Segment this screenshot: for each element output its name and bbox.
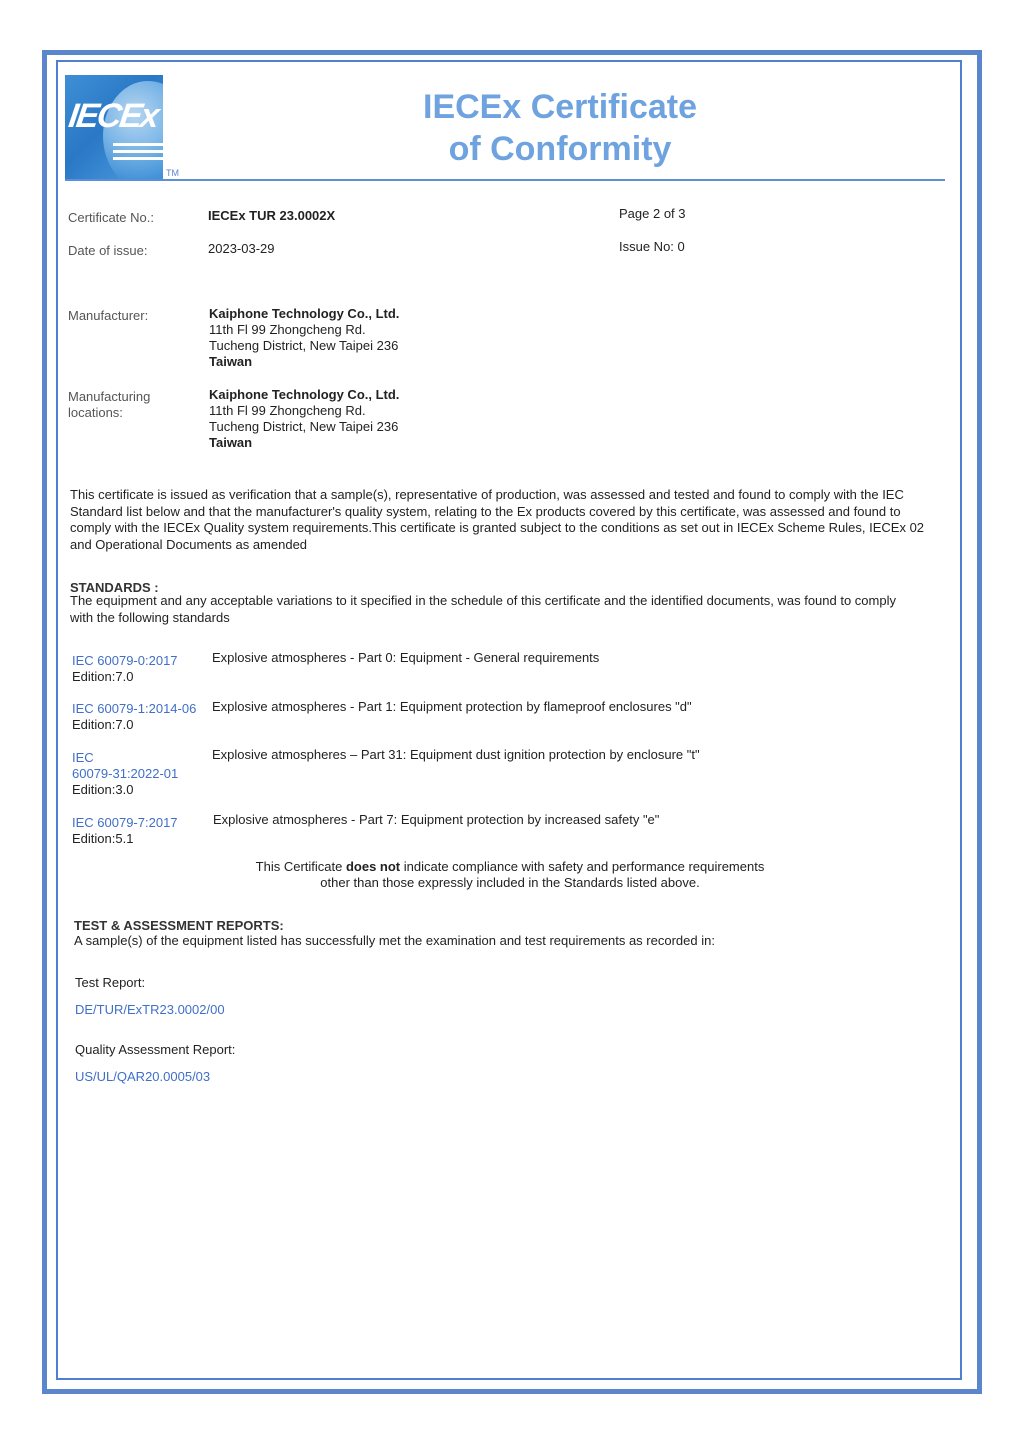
location-country: Taiwan	[209, 435, 399, 451]
page-indicator: Page 2 of 3	[619, 206, 686, 221]
qar-link[interactable]: US/UL/QAR20.0005/03	[75, 1069, 210, 1084]
certificate-statement: This certificate is issued as verificati…	[70, 487, 940, 553]
standard-code[interactable]: IEC 60079-0:2017	[72, 653, 178, 669]
page-title: IECEx Certificate of Conformity	[330, 86, 790, 170]
manufacturer-address-line2: Tucheng District, New Taipei 236	[209, 338, 399, 354]
disclaimer-line-2: other than those expressly included in t…	[200, 875, 820, 891]
label-line-1: Manufacturing	[68, 389, 150, 405]
disclaimer-line-1: This Certificate does not indicate compl…	[200, 859, 820, 875]
standard-title: Explosive atmospheres - Part 7: Equipmen…	[213, 812, 659, 827]
issue-no: Issue No: 0	[619, 239, 685, 254]
title-line-1: IECEx Certificate	[330, 86, 790, 128]
disclaimer-pre: This Certificate	[256, 859, 346, 874]
test-report-label: Test Report:	[75, 975, 145, 990]
location-name: Kaiphone Technology Co., Ltd.	[209, 387, 399, 403]
disclaimer-bold: does not	[346, 859, 400, 874]
standard-title: Explosive atmospheres - Part 0: Equipmen…	[212, 650, 599, 665]
date-label: Date of issue:	[68, 243, 148, 258]
inner-border	[56, 60, 962, 1380]
location-address-line2: Tucheng District, New Taipei 236	[209, 419, 399, 435]
standard-edition: Edition:7.0	[72, 717, 133, 732]
manufacturer-address-line1: 11th Fl 99 Zhongcheng Rd.	[209, 322, 399, 338]
disclaimer-post: indicate compliance with safety and perf…	[400, 859, 764, 874]
manufacturer-name: Kaiphone Technology Co., Ltd.	[209, 306, 399, 322]
date-of-issue: 2023-03-29	[208, 241, 275, 256]
manufacturing-locations-label: Manufacturing locations:	[68, 389, 150, 421]
trademark: TM	[166, 168, 179, 178]
certificate-no: IECEx TUR 23.0002X	[208, 208, 335, 223]
standards-intro: The equipment and any acceptable variati…	[70, 593, 910, 626]
disclaimer: This Certificate does not indicate compl…	[200, 859, 820, 891]
iecex-logo: IECEx	[65, 75, 163, 179]
location-address-line1: 11th Fl 99 Zhongcheng Rd.	[209, 403, 399, 419]
label-line-2: locations:	[68, 405, 150, 421]
certificate-no-label: Certificate No.:	[68, 210, 154, 225]
header-divider	[65, 179, 945, 181]
standard-edition: Edition:3.0	[72, 782, 133, 797]
title-line-2: of Conformity	[330, 128, 790, 170]
standard-code[interactable]: IEC 60079-7:2017	[72, 815, 178, 831]
manufacturer-address: Kaiphone Technology Co., Ltd. 11th Fl 99…	[209, 306, 399, 370]
standard-title: Explosive atmospheres - Part 1: Equipmen…	[212, 699, 692, 714]
standard-title: Explosive atmospheres – Part 31: Equipme…	[212, 747, 700, 762]
stripes-icon	[113, 143, 163, 164]
test-report-link[interactable]: DE/TUR/ExTR23.0002/00	[75, 1002, 225, 1017]
standard-code[interactable]: IEC 60079-31:2022-01	[72, 750, 178, 782]
standard-code[interactable]: IEC 60079-1:2014-06	[72, 701, 196, 717]
reports-intro: A sample(s) of the equipment listed has …	[74, 933, 715, 948]
logo-text: IECEx	[66, 97, 160, 136]
standard-code-line2: 60079-31:2022-01	[72, 766, 178, 782]
standard-edition: Edition:7.0	[72, 669, 133, 684]
manufacturer-country: Taiwan	[209, 354, 399, 370]
manufacturer-label: Manufacturer:	[68, 308, 148, 323]
manufacturing-location-address: Kaiphone Technology Co., Ltd. 11th Fl 99…	[209, 387, 399, 451]
reports-heading: TEST & ASSESSMENT REPORTS:	[74, 918, 284, 933]
qar-label: Quality Assessment Report:	[75, 1042, 235, 1057]
standard-edition: Edition:5.1	[72, 831, 133, 846]
standard-code-line1: IEC	[72, 750, 178, 766]
